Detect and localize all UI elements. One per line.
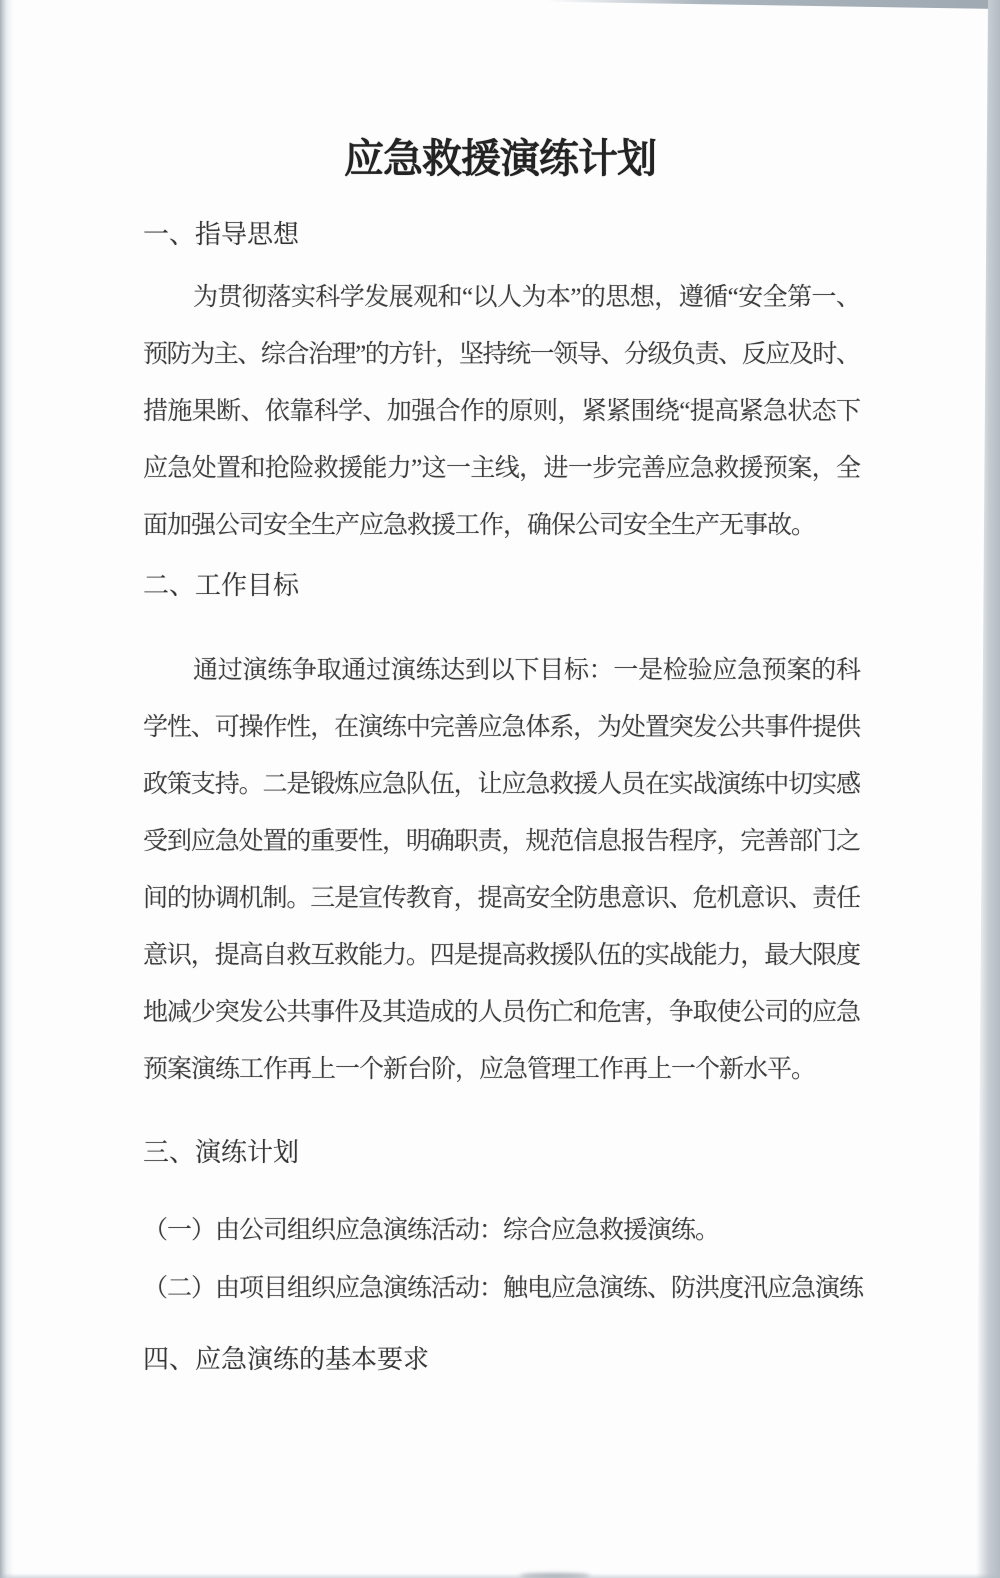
paragraph-line: 面加强公司安全生产应急救援工作，确保公司安全生产无事故。: [143, 511, 859, 541]
heading-work-goals: 二、工作目标: [143, 570, 299, 602]
paragraph-line: 预防为主、综合治理”的方针，坚持统一领导、分级负责、反应及时、: [143, 340, 859, 370]
paragraph-line: 受到应急处置的重要性，明确职责，规范信息报告程序，完善部门之: [143, 827, 859, 857]
paragraph-line: 为贯彻落实科学发展观和“以人为本”的思想，遵循“安全第一、: [143, 283, 859, 313]
paragraph-line: 应急处置和抢险救援能力”这一主线，进一步完善应急救援预案，全: [143, 454, 859, 484]
paragraph-line: 意识，提高自救互救能力。四是提高救援队伍的实战能力，最大限度: [143, 941, 859, 971]
scan-smudge-bottom: [520, 1573, 590, 1578]
scan-edge-top-right: [545, 0, 1000, 9]
heading-basic-requirements: 四、应急演练的基本要求: [143, 1344, 429, 1376]
paragraph-line: 政策支持。二是锻炼应急队伍，让应急救援人员在实战演练中切实感: [143, 770, 859, 800]
scan-edge-left: [0, 0, 14, 1578]
paragraph-line: 学性、可操作性，在演练中完善应急体系，为处置突发公共事件提供: [143, 713, 859, 743]
paragraph-line: 通过演练争取通过演练达到以下目标：一是检验应急预案的科: [143, 656, 859, 686]
paragraph-line: 预案演练工作再上一个新台阶，应急管理工作再上一个新水平。: [143, 1055, 859, 1085]
paragraph-line: 间的协调机制。三是宣传教育，提高安全防患意识、危机意识、责任: [143, 884, 859, 914]
heading-drill-plan: 三、演练计划: [143, 1137, 299, 1169]
scan-edge-bottom: [0, 1573, 1000, 1578]
document-title: 应急救援演练计划: [142, 133, 858, 185]
list-item: （二）由项目组织应急演练活动：触电应急演练、防洪度汛应急演练: [143, 1274, 859, 1304]
heading-guiding-thought: 一、指导思想: [143, 219, 299, 251]
list-item: （一）由公司组织应急演练活动：综合应急救援演练。: [143, 1216, 859, 1246]
scan-edge-right: [976, 0, 1000, 1578]
paragraph-line: 措施果断、依靠科学、加强合作的原则，紧紧围绕“提高紧急状态下: [143, 397, 859, 427]
scanned-document-page: 应急救援演练计划 一、指导思想 为贯彻落实科学发展观和“以人为本”的思想，遵循“…: [0, 0, 1000, 1578]
paragraph-line: 地减少突发公共事件及其造成的人员伤亡和危害，争取使公司的应急: [143, 998, 859, 1028]
